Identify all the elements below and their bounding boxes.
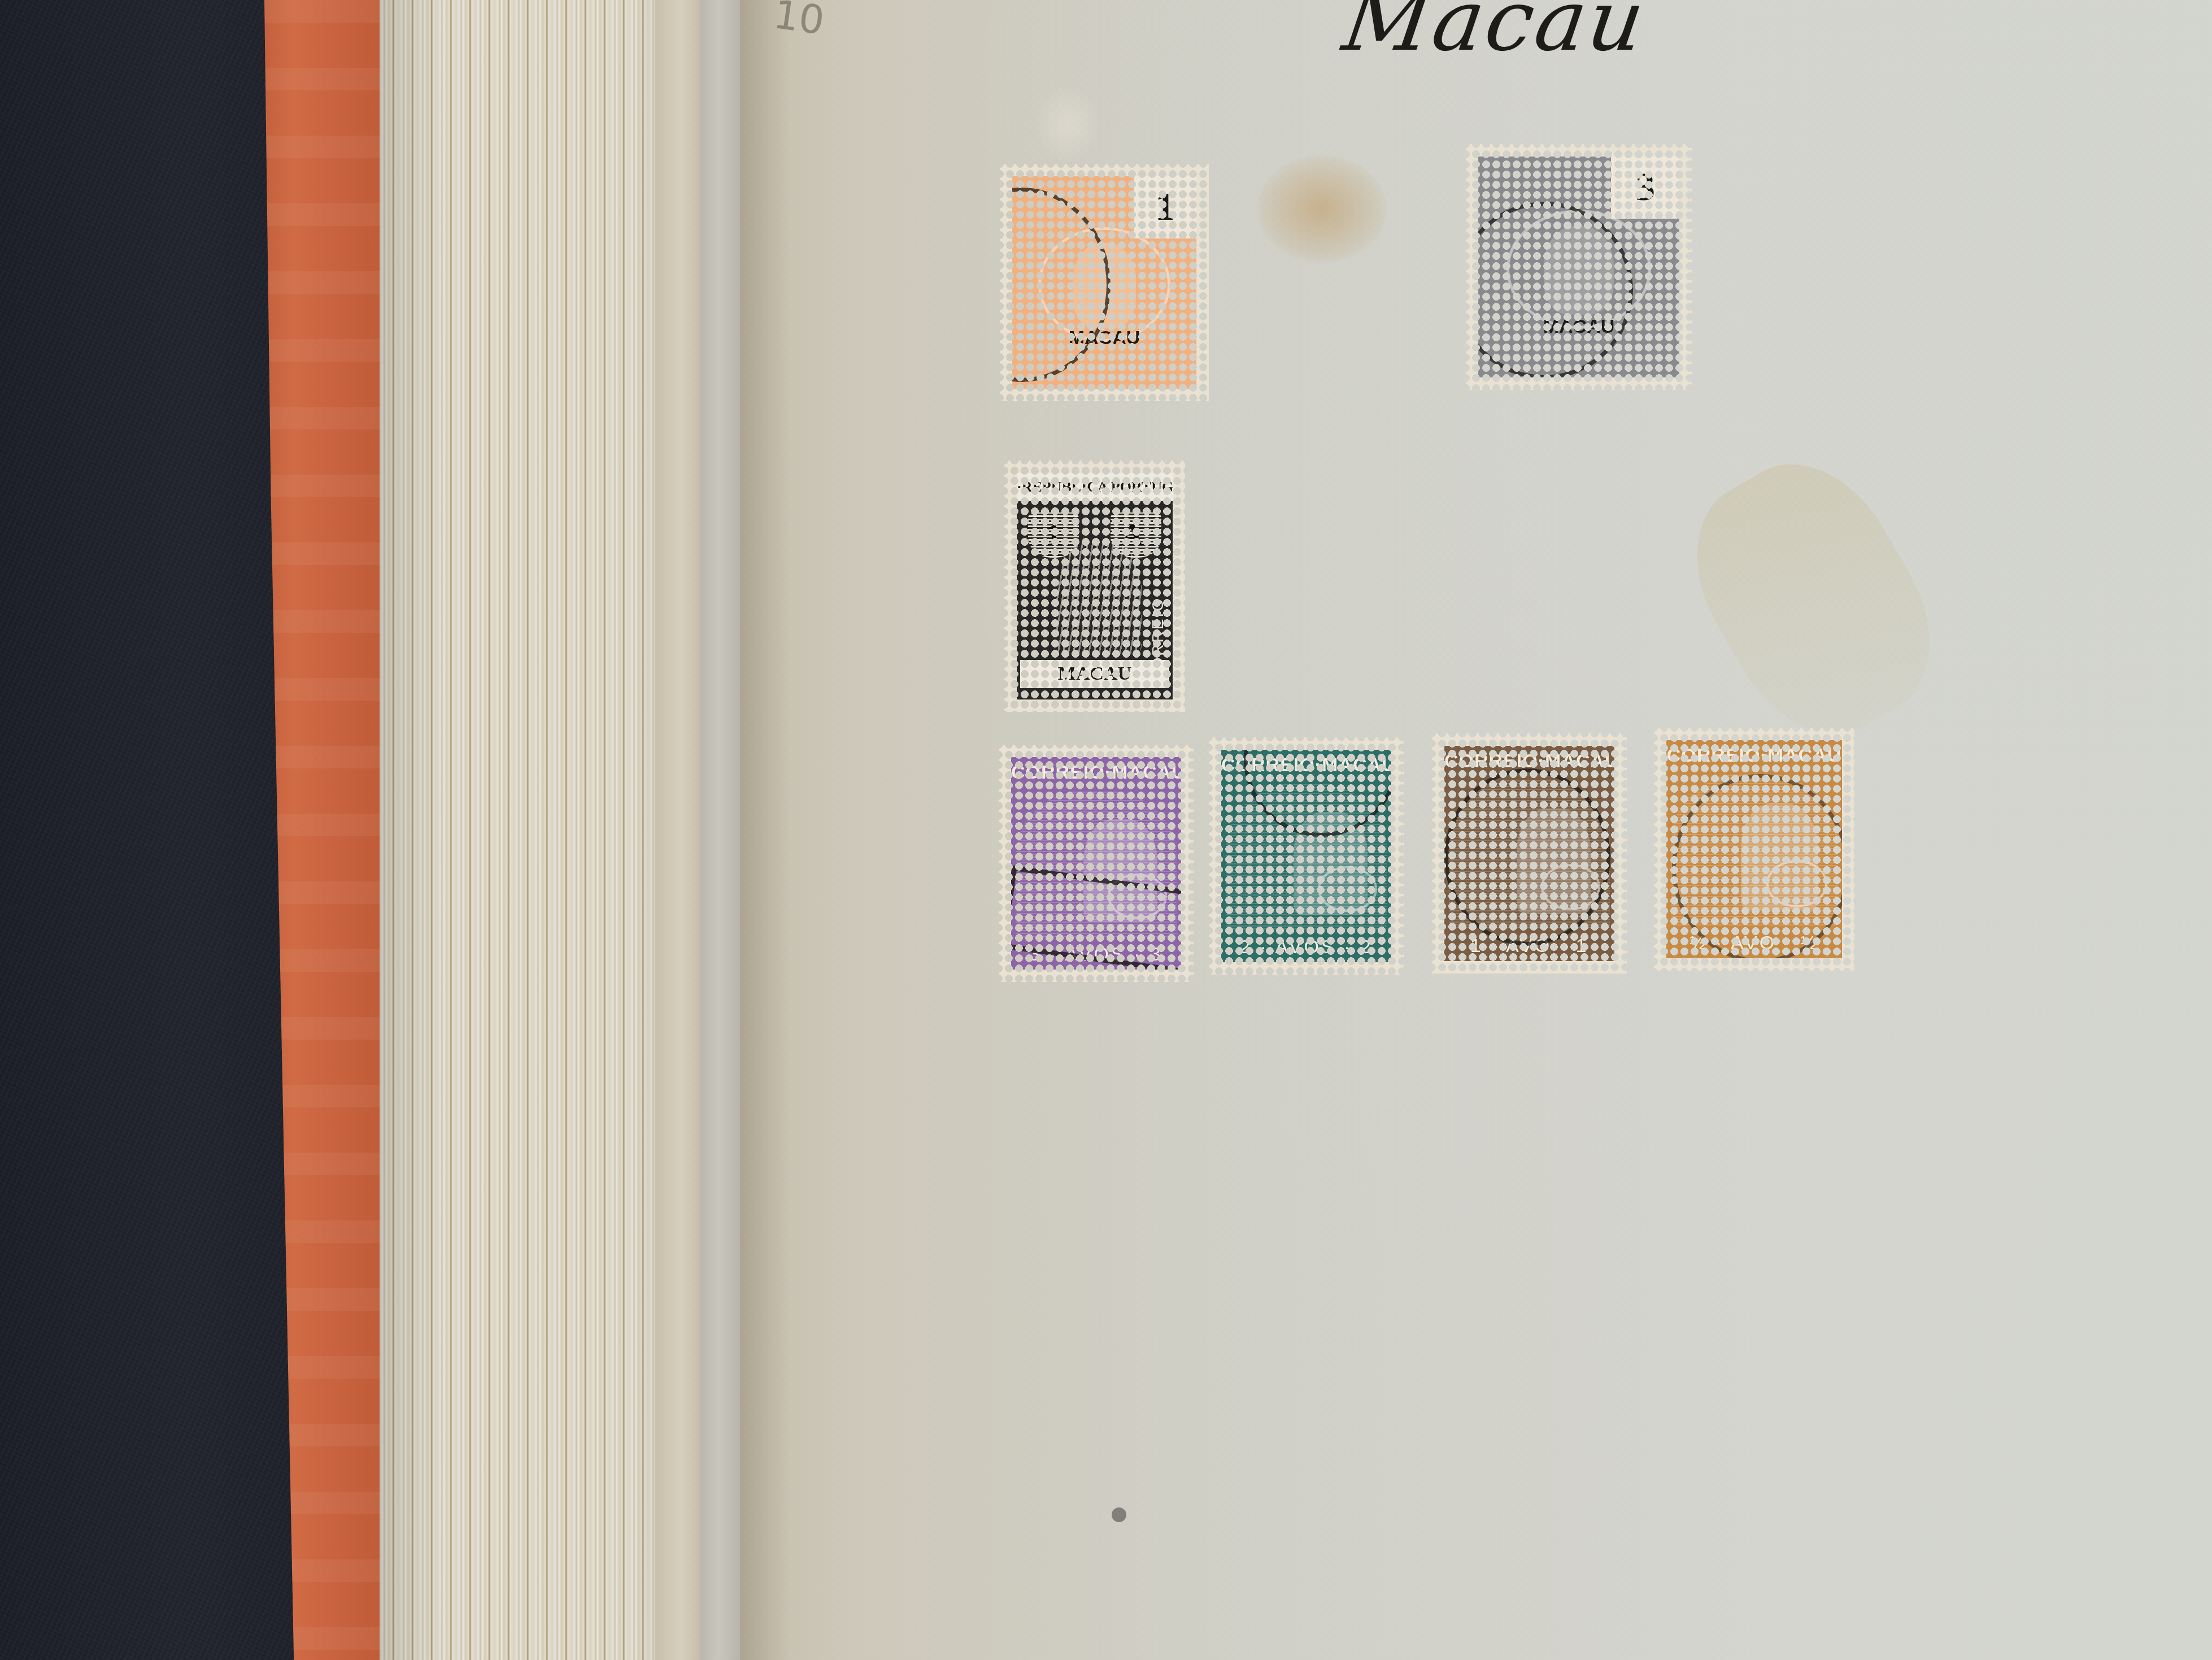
ceres-figure bbox=[1056, 541, 1142, 654]
stamp-padroes-1-avo[interactable]: CORREIO·MACAU 1 · AVO · 1 bbox=[1432, 733, 1627, 974]
stamp-design: 3 MACAU bbox=[1478, 157, 1679, 377]
stamp-design: CORREIO·MACAU 1 · AVO · 1 bbox=[1444, 746, 1614, 961]
pencil-note: 10 bbox=[771, 0, 828, 44]
album-page-edges bbox=[380, 0, 696, 1660]
stamp-header: CORREIO·MACAU bbox=[1444, 746, 1614, 776]
portrait-medallion bbox=[1038, 227, 1171, 342]
stamp-design: 1 MACAU bbox=[1012, 176, 1196, 389]
paper-stain bbox=[1257, 155, 1387, 263]
stamp-value: ½ · AVO · ½ bbox=[1666, 928, 1842, 958]
stamp-design: CORREIO·MACAU 3 · AVOS · 3 bbox=[1011, 757, 1181, 970]
gutter-shadow bbox=[740, 0, 791, 1660]
stamp-value: 1 bbox=[1134, 176, 1196, 238]
stamp-art bbox=[1671, 773, 1837, 925]
portrait-medallion bbox=[1506, 210, 1651, 329]
stamp-padroes-3-avos[interactable]: CORREIO·MACAU 3 · AVOS · 3 bbox=[999, 745, 1194, 982]
stamp-country: MACAU bbox=[1020, 660, 1169, 688]
stamp-value: 3 bbox=[1611, 157, 1679, 219]
page-fold bbox=[700, 0, 746, 1660]
stamp-art bbox=[1449, 779, 1610, 928]
stamp-header: CORREIO·MACAU bbox=[1011, 757, 1181, 788]
stamp-padroes-2-avos[interactable]: CORREIO·MACAU 2 · AVOS · 2 bbox=[1209, 737, 1404, 975]
page-fold bbox=[655, 0, 706, 1660]
paper-stain bbox=[1034, 85, 1101, 164]
stamp-value: 2 · AVOS · 2 bbox=[1221, 932, 1391, 962]
stamp-country: MACAU bbox=[1478, 316, 1679, 338]
stamp-ceres-1-avo[interactable]: ·REPUBLICA PORTUGUESA· 1 A. CORREIO MACA… bbox=[1004, 460, 1185, 712]
stamp-header: ·REPUBLICA PORTUGUESA· bbox=[1017, 473, 1173, 501]
stamp-header: CORREIO·MACAU bbox=[1666, 740, 1842, 771]
ink-spot bbox=[1112, 1507, 1126, 1522]
page-title: Macau bbox=[1338, 0, 1653, 70]
stamp-art bbox=[1226, 783, 1387, 929]
stamp-value: 1 · AVO · 1 bbox=[1444, 931, 1614, 961]
stamp-design: ·REPUBLICA PORTUGUESA· 1 A. CORREIO MACA… bbox=[1017, 473, 1173, 699]
stamp-header: CORREIO·MACAU bbox=[1221, 750, 1391, 780]
stamp-king-carlos-3-avos[interactable]: 3 MACAU bbox=[1466, 144, 1692, 390]
stamp-country: MACAU bbox=[1012, 327, 1196, 349]
stamp-design: CORREIO·MACAU 2 · AVOS · 2 bbox=[1221, 750, 1391, 962]
stamp-king-carlos-1-avo[interactable]: 1 MACAU bbox=[1000, 164, 1209, 401]
stamp-padroes-half-avo[interactable]: CORREIO·MACAU ½ · AVO · ½ bbox=[1654, 728, 1854, 971]
stamp-design: CORREIO·MACAU ½ · AVO · ½ bbox=[1666, 740, 1842, 958]
